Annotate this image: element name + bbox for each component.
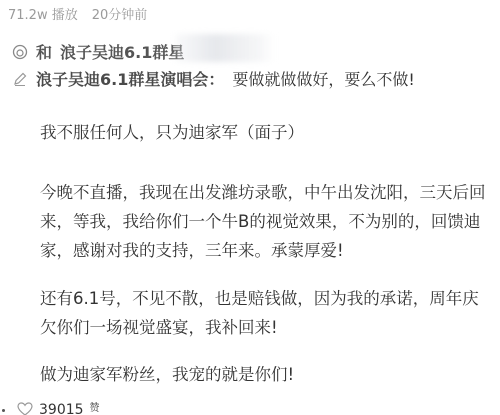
play-count: 71.2w 播放: [8, 4, 78, 23]
post-heading: 浪子吴迪6.1群星演唱会： 要做就做做好，要么不做!: [12, 67, 415, 90]
topic-icon: [12, 44, 28, 60]
topic-text: 浪子吴迪6.1群星: [60, 40, 184, 63]
bullet-dot: [2, 409, 5, 412]
topic-prefix: 和: [36, 40, 52, 63]
post-meta: 71.2w 播放 20分钟前: [8, 4, 147, 23]
paragraph: 还有6.1号，不见不散，也是赔钱做，因为我的承诺，周年庆欠你们一场视觉盛宴，我补…: [40, 284, 490, 342]
post-time: 20分钟前: [92, 4, 148, 23]
heart-icon: [17, 402, 33, 415]
like-button[interactable]: 39015 赞: [0, 402, 100, 415]
post-title: 浪子吴迪6.1群星演唱会：: [36, 67, 224, 90]
post-subtitle: 要做就做做好，要么不做!: [232, 67, 414, 90]
blurred-region: [175, 34, 275, 62]
paragraph: 我不服任何人，只为迪家军（面子）: [40, 118, 490, 147]
like-count: 39015: [39, 402, 84, 415]
paragraph: 做为迪家军粉丝，我宠的就是你们!: [40, 360, 490, 389]
like-unit: 赞: [90, 399, 100, 414]
pencil-icon: [12, 71, 28, 87]
paragraph: 今晚不直播，我现在出发潍坊录歌，中午出发沈阳，三天后回来，等我，我给你们一个牛B…: [40, 178, 490, 265]
topic-link[interactable]: 和 浪子吴迪6.1群星: [12, 40, 184, 63]
